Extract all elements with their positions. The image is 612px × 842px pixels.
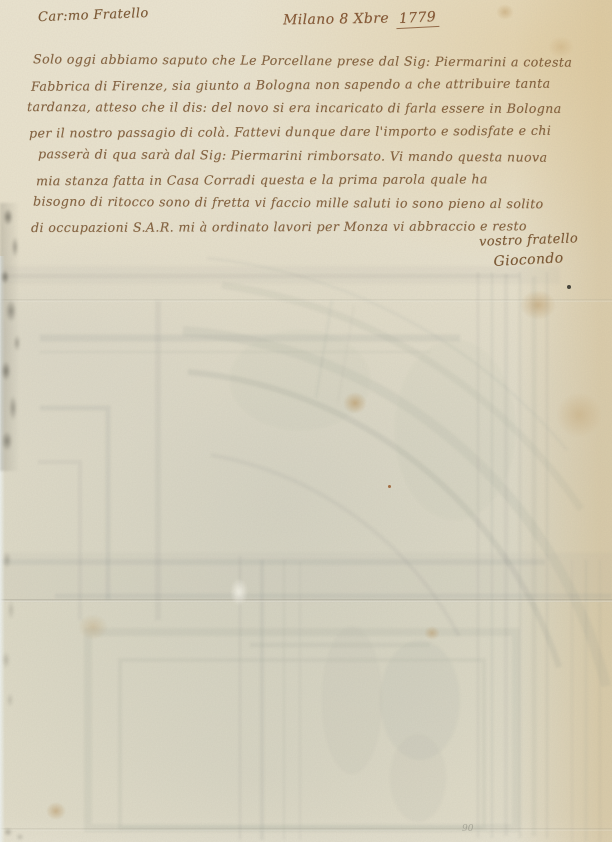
letter-text: Car:mo Fratello Milano 8 Xbre1779 Solo o… bbox=[0, 0, 612, 842]
letter-body-line: tardanza, atteso che il dis: del novo si… bbox=[27, 95, 593, 121]
pencil-mark: 90 bbox=[462, 824, 473, 834]
letter-dateline: Milano 8 Xbre1779 bbox=[283, 10, 440, 31]
letter-valediction: vostro fratello bbox=[479, 231, 579, 249]
letter-closing: vostro fratello Giocondo bbox=[479, 233, 578, 268]
letter-body-line: bisogno di ritocco sono di fretta vi fac… bbox=[33, 190, 593, 217]
letter-signature: Giocondo bbox=[479, 249, 579, 270]
dateline-place-date: Milano 8 Xbre bbox=[283, 11, 389, 29]
letter-scan-page: Car:mo Fratello Milano 8 Xbre1779 Solo o… bbox=[0, 0, 612, 842]
dateline-year-underlined: 1779 bbox=[396, 9, 440, 29]
letter-body-line: Solo oggi abbiamo saputo che Le Porcella… bbox=[33, 47, 593, 74]
letter-greeting: Car:mo Fratello bbox=[38, 6, 149, 25]
letter-body-line: per il nostro passagio di colà. Fattevi … bbox=[29, 119, 593, 146]
letter-body: Solo oggi abbiamo saputo che Le Porcella… bbox=[27, 49, 593, 239]
letter-body-line: passerà di qua sarà dal Sig: Piermarini … bbox=[38, 142, 593, 170]
letter-body-line: mia stanza fatta in Casa Corradi questa … bbox=[36, 166, 593, 192]
letter-body-line: Fabbrica di Firenze, sia giunto a Bologn… bbox=[31, 71, 593, 98]
